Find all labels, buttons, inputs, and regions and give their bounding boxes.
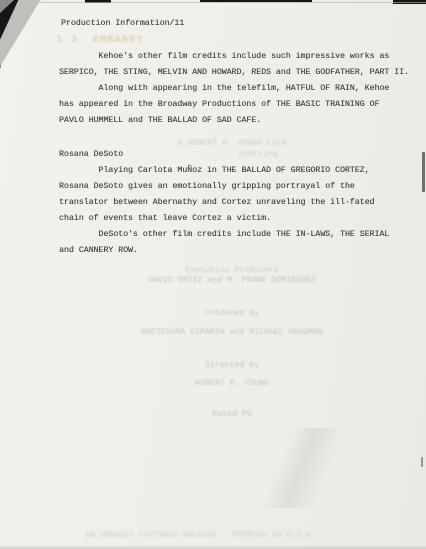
ghost-credit-directed-label: Directed by — [40, 361, 424, 370]
body-line: Playing Carlota MuÑoz in THE BALLAD OF G… — [59, 166, 370, 176]
body-line: Kehoe's other film credits include such … — [59, 52, 389, 62]
ghost-credit-film-line: A ROBERT M. YOUNG FILM — [40, 139, 424, 148]
ghost-credit-rating: Rated PG — [40, 410, 424, 419]
body-line: translator between Abernathy and Cortez … — [59, 198, 374, 208]
ghost-credit-exec-names: DAVID ORTIZ and M. FRANK DOMINGUEZ — [40, 276, 424, 285]
body-line: Along with appearing in the telefilm, HA… — [59, 84, 389, 94]
ghost-credit-produced-label: Produced by — [40, 309, 424, 318]
body-line: DeSoto's other film credits include THE … — [59, 230, 389, 240]
page-title: Production Information/11 — [61, 19, 184, 29]
ghost-credit-director-name: ROBERT M. YOUNG — [40, 379, 424, 388]
ghost-credit-producer-names: MOCTESUMA ESPARZA and MICHAEL HAUSMAN — [40, 328, 424, 337]
body-line: has appeared in the Broadway Productions… — [59, 100, 379, 110]
ghost-credit-exec-label: Executive Producers — [40, 266, 424, 275]
scanned-document-page: 1 3 EMBASSY Production Information/11 Ke… — [0, 0, 426, 549]
paper-top-edge — [0, 2, 426, 3]
body-line: Rosana DeSoto gives an emotionally gripp… — [59, 182, 355, 192]
paper-crease — [176, 428, 426, 508]
ghost-credit-release-line: AN EMBASSY PICTURES RELEASE - PRINTED IN… — [85, 531, 316, 540]
body-line: PAVLO HUMMELL and THE BALLAD OF SAD CAFE… — [59, 116, 261, 126]
body-line: chain of events that leave Cortez a vict… — [59, 214, 271, 224]
embassy-stamp: 1 3 EMBASSY — [56, 34, 144, 46]
body-line: SERPICO, THE STING, MELVIN AND HOWARD, R… — [59, 68, 409, 78]
body-line: and CANNERY ROW. — [59, 246, 138, 256]
ghost-credit-starring: starring — [66, 150, 426, 159]
paper-bottom-edge — [0, 545, 426, 549]
